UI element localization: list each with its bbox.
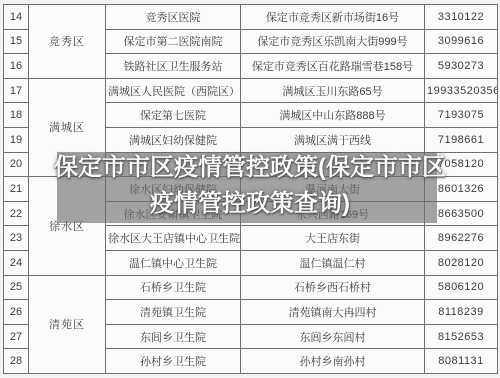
phone-cell: 8152653 — [425, 324, 498, 349]
phone-cell: 3310122 — [425, 5, 498, 30]
facility-name-cell: 温仁镇中心卫生院 — [106, 250, 241, 275]
screenshot-page: 14 竞秀区 竞秀区医院 保定市竞秀区新市场街16号 3310122 15 保定… — [0, 0, 500, 378]
phone-cell: 8118239 — [425, 300, 498, 325]
phone-cell: 19933520356 — [425, 78, 498, 103]
district-cell: 竞秀区 — [29, 5, 106, 79]
phone-cell: 8081131 — [425, 349, 498, 374]
table-row: 17 满城区 满城区人民医院（西院区） 满城区玉川东路65号 199335203… — [4, 78, 498, 103]
facility-name-cell: 满城区妇幼保健院 — [106, 127, 241, 152]
address-cell: 保定市竞秀区百花路瑞雪巷158号 — [241, 54, 425, 79]
address-cell: 清苑镇南大冉四村 — [241, 300, 425, 325]
address-cell: 石桥乡西石桥村 — [241, 275, 425, 300]
row-number-cell: 26 — [4, 300, 29, 325]
address-cell: 满城区满于西线 — [241, 127, 425, 152]
phone-cell: 8028120 — [425, 250, 498, 275]
row-number-cell: 28 — [4, 349, 29, 374]
address-cell: 温仁镇温仁村 — [241, 250, 425, 275]
address-cell: 满城区中山东路888号 — [241, 103, 425, 128]
phone-cell: 7198661 — [425, 127, 498, 152]
facility-name-cell: 保定市第二医院南院 — [106, 29, 241, 54]
row-number-cell: 27 — [4, 324, 29, 349]
phone-cell: 3099616 — [425, 29, 498, 54]
facility-name-cell: 保定第七医院 — [106, 103, 241, 128]
facility-name-cell: 满城区人民医院（西院区） — [106, 78, 241, 103]
phone-cell: 5806120 — [425, 275, 498, 300]
row-number-cell: 23 — [4, 226, 29, 251]
row-number-cell: 17 — [4, 78, 29, 103]
phone-cell: 8962276 — [425, 226, 498, 251]
facility-name-cell: 竞秀区医院 — [106, 5, 241, 30]
district-cell: 清苑区 — [29, 275, 106, 373]
facility-name-cell: 清苑镇卫生院 — [106, 300, 241, 325]
row-number-cell: 25 — [4, 275, 29, 300]
table-row: 14 竞秀区 竞秀区医院 保定市竞秀区新市场街16号 3310122 — [4, 5, 498, 30]
address-cell: 东闾乡东闾村 — [241, 324, 425, 349]
row-number-cell: 19 — [4, 127, 29, 152]
row-number-cell: 18 — [4, 103, 29, 128]
row-number-cell: 15 — [4, 29, 29, 54]
phone-cell: 7193075 — [425, 103, 498, 128]
phone-cell: 5930273 — [425, 54, 498, 79]
address-cell: 保定市竞秀区新市场街16号 — [241, 5, 425, 30]
facility-name-cell: 东闾乡卫生院 — [106, 324, 241, 349]
address-cell: 孙村乡南孙村 — [241, 349, 425, 374]
address-cell: 保定市竞秀区乐凯南大街999号 — [241, 29, 425, 54]
address-cell: 满城区玉川东路65号 — [241, 78, 425, 103]
facility-name-cell: 铁路社区卫生服务站 — [106, 54, 241, 79]
facility-name-cell: 徐水区大王店镇中心卫生院 — [106, 226, 241, 251]
watermark-title-line1: 保定市市区疫情管控政策(保定市市区 — [0, 150, 500, 186]
facility-name-cell: 石桥乡卫生院 — [106, 275, 241, 300]
watermark-title: 保定市市区疫情管控政策(保定市市区 疫情管控政策查询) — [0, 150, 500, 222]
row-number-cell: 14 — [4, 5, 29, 30]
watermark-title-line2: 疫情管控政策查询) — [0, 186, 500, 222]
address-cell: 大王店东街 — [241, 226, 425, 251]
row-number-cell: 24 — [4, 250, 29, 275]
table-row: 25 清苑区 石桥乡卫生院 石桥乡西石桥村 5806120 — [4, 275, 498, 300]
row-number-cell: 16 — [4, 54, 29, 79]
facility-name-cell: 孙村乡卫生院 — [106, 349, 241, 374]
